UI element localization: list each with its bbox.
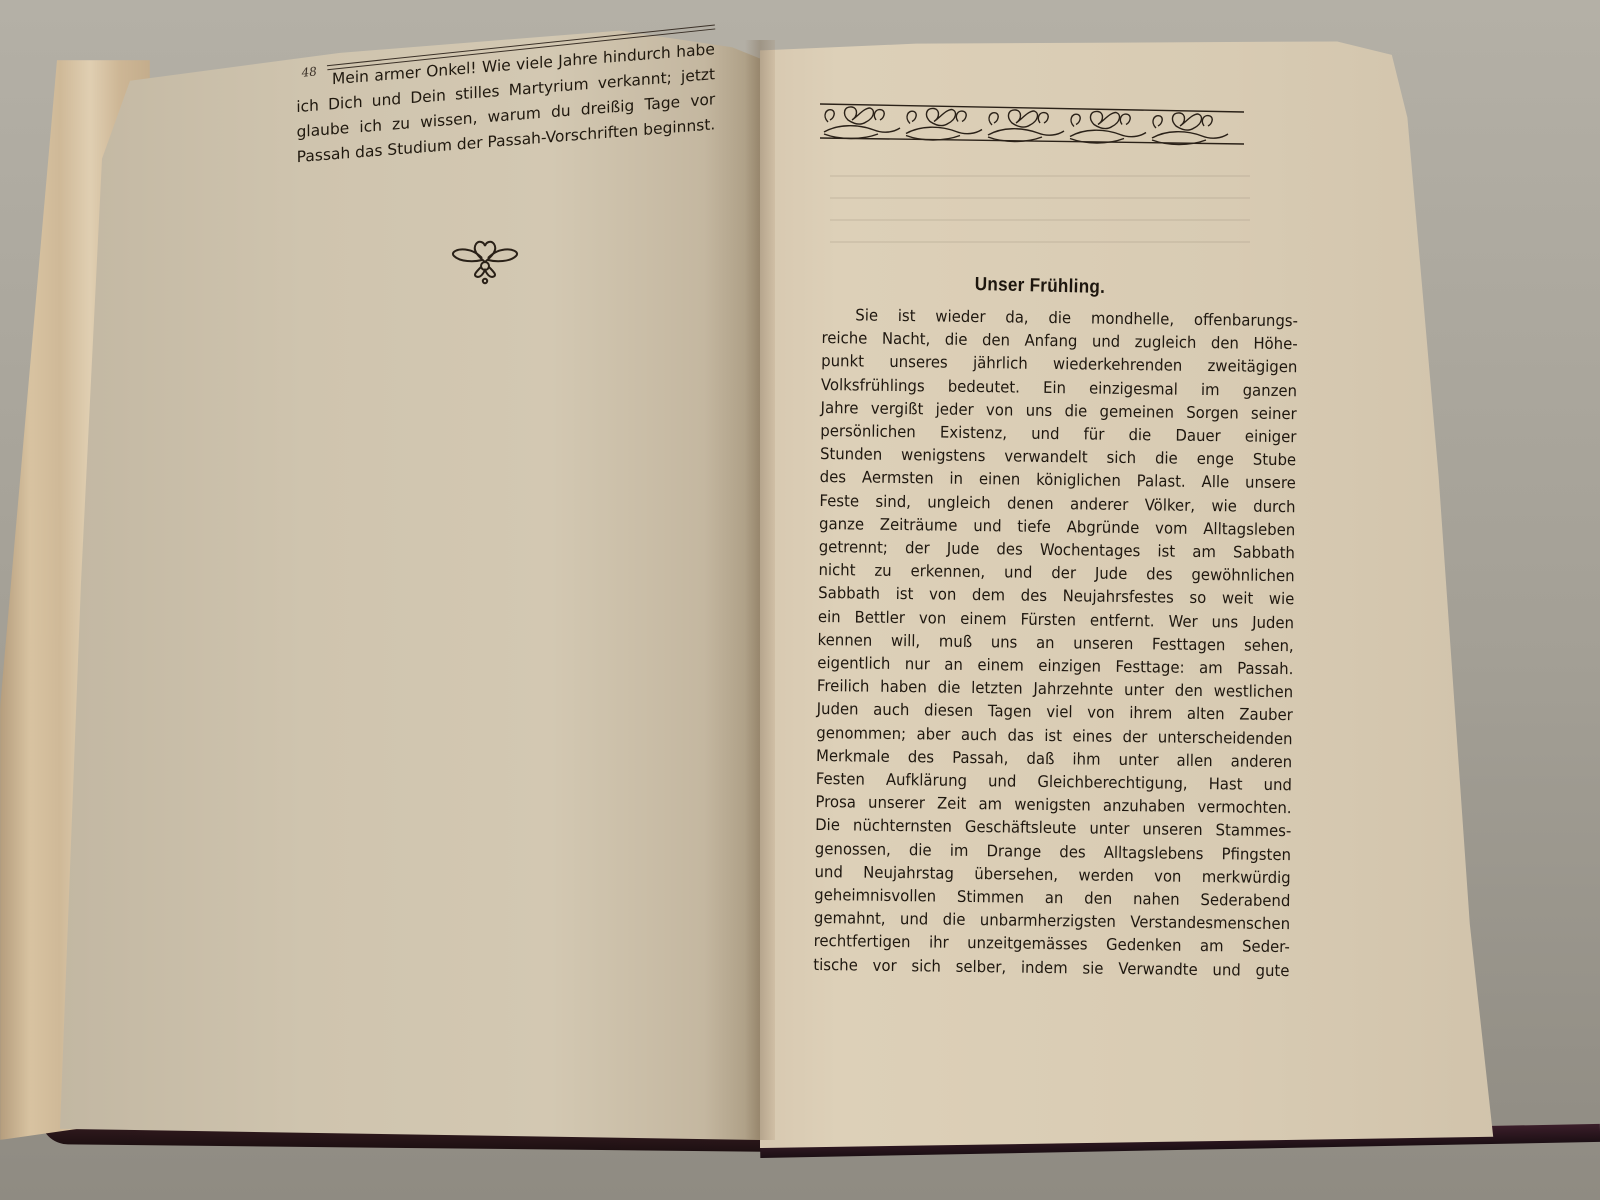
heart-flourish-ornament-icon <box>448 236 522 286</box>
chapter-title: Unser Frühling. <box>975 274 1106 299</box>
heart-border-ornament-icon <box>818 98 1246 148</box>
book-photo: 48 Mein armer Onkel! Wie viele Jahre hin… <box>0 0 1600 1200</box>
left-page <box>60 25 760 1140</box>
chapter-body-text: Sie ist wieder da, die mondhelle, offenb… <box>813 303 1298 982</box>
text-line: beginnst. <box>643 115 715 139</box>
bleed-through-text <box>830 175 1250 265</box>
book-gutter <box>745 40 775 1140</box>
